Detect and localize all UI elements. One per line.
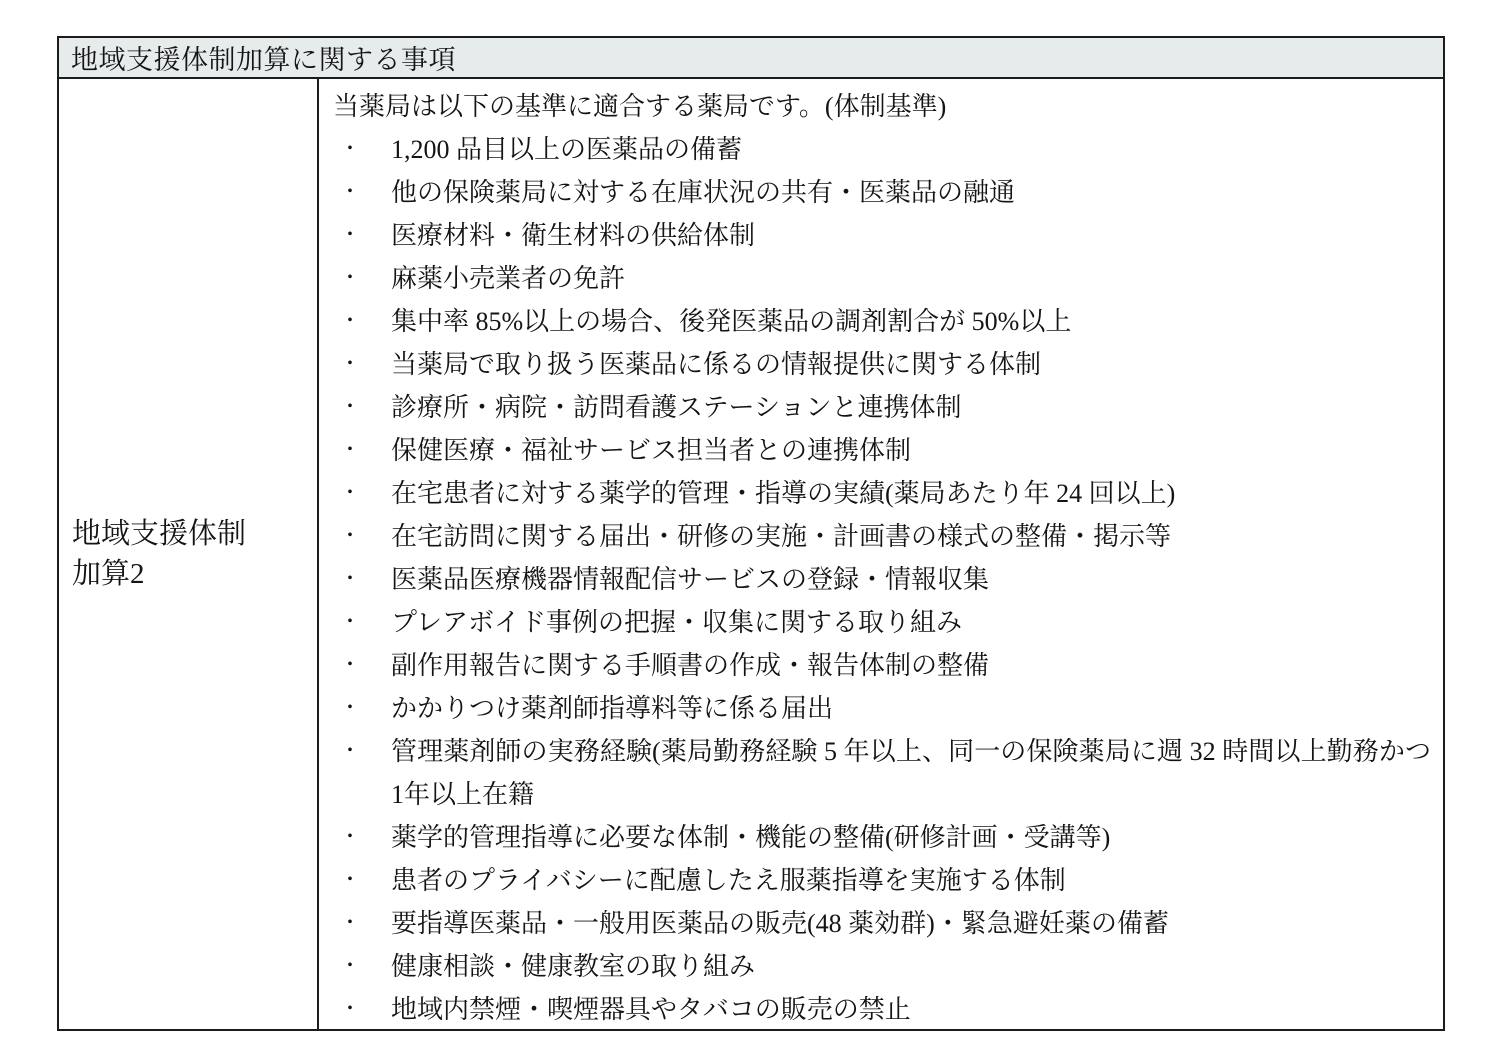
bullet-dot-icon: ・ — [333, 257, 391, 300]
list-item-text: 集中率 85%以上の場合、後発医薬品の調剤割合が 50%以上 — [391, 300, 1431, 343]
bullet-dot-icon: ・ — [333, 601, 391, 644]
list-item-text: 健康相談・健康教室の取り組み — [391, 945, 1431, 988]
bullet-dot-icon: ・ — [333, 128, 391, 171]
list-item-text: 在宅患者に対する薬学的管理・指導の実績(薬局あたり年 24 回以上) — [391, 472, 1431, 515]
list-item-text: 地域内禁煙・喫煙器具やタバコの販売の禁止 — [391, 988, 1431, 1031]
list-item: ・ 在宅患者に対する薬学的管理・指導の実績(薬局あたり年 24 回以上) — [333, 472, 1431, 515]
criteria-list: ・ 1,200 品目以上の医薬品の備蓄 ・ 他の保険薬局に対する在庫状況の共有・… — [333, 128, 1431, 1031]
list-item: ・ 医薬品医療機器情報配信サービスの登録・情報収集 — [333, 558, 1431, 601]
list-item-text: 薬学的管理指導に必要な体制・機能の整備(研修計画・受講等) — [391, 816, 1431, 859]
list-item: ・ 要指導医薬品・一般用医薬品の販売(48 薬効群)・緊急避妊薬の備蓄 — [333, 902, 1431, 945]
row-label-cell: 地域支援体制 加算2 — [59, 79, 319, 1029]
bullet-dot-icon: ・ — [333, 644, 391, 687]
list-item-text: プレアボイド事例の把握・収集に関する取り組み — [391, 601, 1431, 644]
list-item-text: かかりつけ薬剤師指導料等に係る届出 — [391, 687, 1431, 730]
list-item-text: 麻薬小売業者の免許 — [391, 257, 1431, 300]
list-item: ・ 麻薬小売業者の免許 — [333, 257, 1431, 300]
bullet-dot-icon: ・ — [333, 171, 391, 214]
list-item: ・ 当薬局で取り扱う医薬品に係るの情報提供に関する体制 — [333, 343, 1431, 386]
list-item-text: 医療材料・衛生材料の供給体制 — [391, 214, 1431, 257]
bullet-dot-icon: ・ — [333, 343, 391, 386]
bullet-dot-icon: ・ — [333, 945, 391, 988]
criteria-cell: 当薬局は以下の基準に適合する薬局です。(体制基準) ・ 1,200 品目以上の医… — [319, 79, 1443, 1029]
list-item-text: 管理薬剤師の実務経験(薬局勤務経験 5 年以上、同一の保険薬局に週 32 時間以… — [391, 730, 1431, 816]
list-item: ・ 管理薬剤師の実務経験(薬局勤務経験 5 年以上、同一の保険薬局に週 32 時… — [333, 730, 1431, 816]
list-item-text: 要指導医薬品・一般用医薬品の販売(48 薬効群)・緊急避妊薬の備蓄 — [391, 902, 1431, 945]
bullet-dot-icon: ・ — [333, 816, 391, 859]
table-header-title: 地域支援体制加算に関する事項 — [71, 38, 456, 77]
list-item: ・ 副作用報告に関する手順書の作成・報告体制の整備 — [333, 644, 1431, 687]
row-label-line-2: 加算2 — [72, 554, 246, 594]
bullet-dot-icon: ・ — [333, 214, 391, 257]
bullet-dot-icon: ・ — [333, 902, 391, 945]
list-item-text: 診療所・病院・訪問看護ステーションと連携体制 — [391, 386, 1431, 429]
bullet-dot-icon: ・ — [333, 386, 391, 429]
list-item: ・ 集中率 85%以上の場合、後発医薬品の調剤割合が 50%以上 — [333, 300, 1431, 343]
bullet-dot-icon: ・ — [333, 687, 391, 730]
table-header-cell: 地域支援体制加算に関する事項 — [59, 38, 1443, 79]
intro-text: 当薬局は以下の基準に適合する薬局です。(体制基準) — [333, 85, 1431, 128]
bullet-dot-icon: ・ — [333, 859, 391, 902]
regional-support-table: 地域支援体制加算に関する事項 地域支援体制 加算2 当薬局は以下の基準に適合する… — [57, 36, 1445, 1031]
list-item: ・ 在宅訪問に関する届出・研修の実施・計画書の様式の整備・掲示等 — [333, 515, 1431, 558]
list-item: ・ 他の保険薬局に対する在庫状況の共有・医薬品の融通 — [333, 171, 1431, 214]
list-item-text: 副作用報告に関する手順書の作成・報告体制の整備 — [391, 644, 1431, 687]
list-item-text: 1,200 品目以上の医薬品の備蓄 — [391, 128, 1431, 171]
list-item: ・ 医療材料・衛生材料の供給体制 — [333, 214, 1431, 257]
bullet-dot-icon: ・ — [333, 515, 391, 558]
list-item-text: 患者のプライバシーに配慮したえ服薬指導を実施する体制 — [391, 859, 1431, 902]
list-item: ・ 地域内禁煙・喫煙器具やタバコの販売の禁止 — [333, 988, 1431, 1031]
bullet-dot-icon: ・ — [333, 300, 391, 343]
list-item: ・ 健康相談・健康教室の取り組み — [333, 945, 1431, 988]
bullet-dot-icon: ・ — [333, 429, 391, 472]
list-item: ・ 診療所・病院・訪問看護ステーションと連携体制 — [333, 386, 1431, 429]
row-label: 地域支援体制 加算2 — [72, 514, 246, 594]
list-item: ・ 患者のプライバシーに配慮したえ服薬指導を実施する体制 — [333, 859, 1431, 902]
list-item: ・ 薬学的管理指導に必要な体制・機能の整備(研修計画・受講等) — [333, 816, 1431, 859]
bullet-dot-icon: ・ — [333, 988, 391, 1031]
list-item-text: 在宅訪問に関する届出・研修の実施・計画書の様式の整備・掲示等 — [391, 515, 1431, 558]
row-label-line-1: 地域支援体制 — [72, 514, 246, 554]
list-item: ・ プレアボイド事例の把握・収集に関する取り組み — [333, 601, 1431, 644]
table-body-row: 地域支援体制 加算2 当薬局は以下の基準に適合する薬局です。(体制基準) ・ 1… — [59, 79, 1443, 1029]
list-item: ・ 保健医療・福祉サービス担当者との連携体制 — [333, 429, 1431, 472]
bullet-dot-icon: ・ — [333, 730, 391, 773]
list-item-text: 医薬品医療機器情報配信サービスの登録・情報収集 — [391, 558, 1431, 601]
list-item-text: 保健医療・福祉サービス担当者との連携体制 — [391, 429, 1431, 472]
bullet-dot-icon: ・ — [333, 558, 391, 601]
list-item-text: 他の保険薬局に対する在庫状況の共有・医薬品の融通 — [391, 171, 1431, 214]
list-item: ・ かかりつけ薬剤師指導料等に係る届出 — [333, 687, 1431, 730]
list-item-text: 当薬局で取り扱う医薬品に係るの情報提供に関する体制 — [391, 343, 1431, 386]
list-item: ・ 1,200 品目以上の医薬品の備蓄 — [333, 128, 1431, 171]
bullet-dot-icon: ・ — [333, 472, 391, 515]
